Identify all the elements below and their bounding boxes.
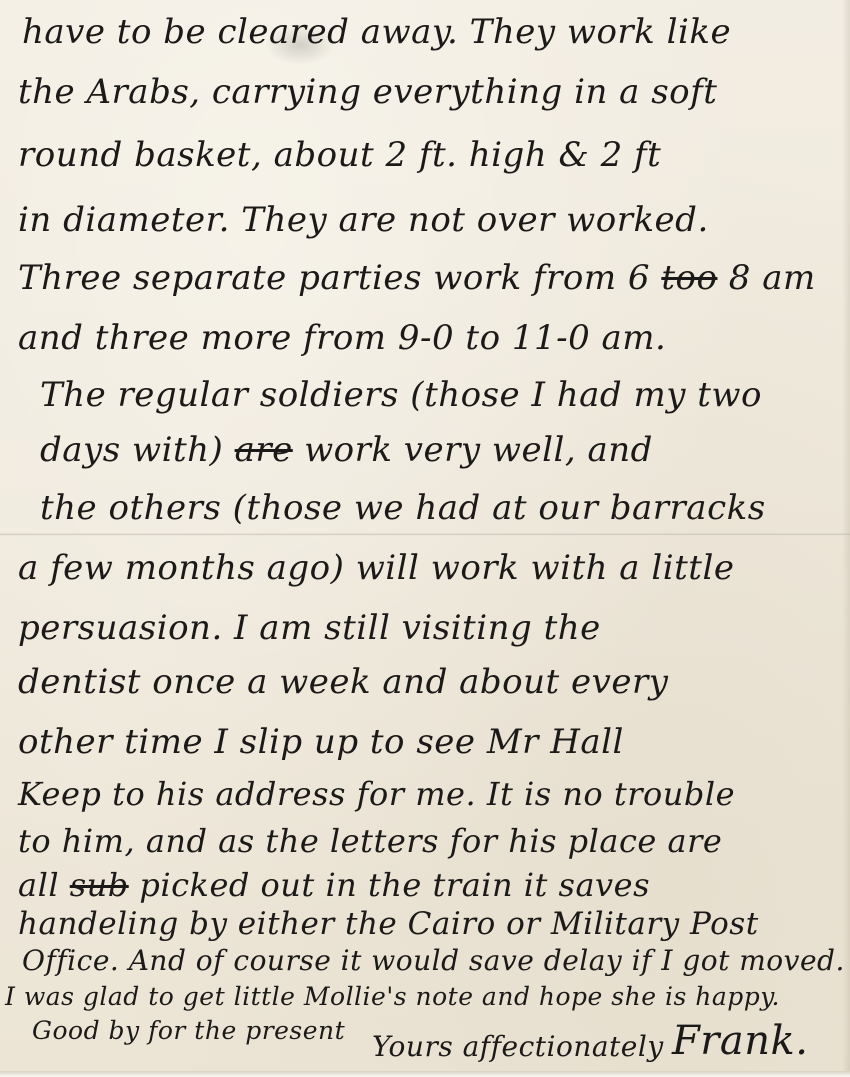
line-16-tail: picked out in the train it saves (129, 866, 650, 904)
struck-word: too (661, 258, 717, 298)
line-16-text: all (18, 866, 70, 904)
letter-line-3: round basket, about 2 ft. high & 2 ft (18, 135, 661, 175)
struck-word: sub (70, 866, 129, 904)
closing: Yours affectionately (372, 1030, 664, 1063)
signature: Frank. (672, 1018, 808, 1064)
struck-word: are (235, 430, 293, 470)
line-5-tail: 8 am (717, 258, 815, 298)
paper-bottom-edge (0, 1071, 850, 1077)
letter-line-9: the others (those we had at our barracks (40, 488, 766, 528)
letter-line-16: all sub picked out in the train it saves (18, 866, 650, 904)
letter-line-7: The regular soldiers (those I had my two (40, 375, 762, 415)
letter-line-17: handeling by either the Cairo or Militar… (18, 906, 759, 942)
letter-page: have to be cleared away. They work like … (0, 0, 850, 1077)
letter-line-19: I was glad to get little Mollie's note a… (5, 982, 780, 1011)
letter-line-13: other time I slip up to see Mr Hall (18, 722, 624, 762)
letter-line-8: days with) are work very well, and (40, 430, 653, 470)
letter-line-15: to him, and as the letters for his place… (18, 822, 722, 860)
letter-line-11: persuasion. I am still visiting the (18, 608, 601, 648)
letter-line-18: Office. And of course it would save dela… (22, 944, 845, 977)
line-8-text: days with) (40, 430, 235, 470)
letter-line-20: Good by for the present (32, 1016, 345, 1045)
letter-line-2: the Arabs, carrying everything in a soft (18, 72, 717, 112)
line-5-text: Three separate parties work from 6 (18, 258, 661, 298)
letter-line-5: Three separate parties work from 6 too 8… (18, 258, 816, 298)
paper-fold (0, 533, 850, 536)
letter-line-1: have to be cleared away. They work like (22, 12, 731, 52)
letter-line-10: a few months ago) will work with a littl… (18, 548, 734, 588)
paper-right-edge (842, 0, 850, 1077)
letter-line-14: Keep to his address for me. It is no tro… (18, 775, 735, 813)
letter-line-6: and three more from 9-0 to 11-0 am. (18, 318, 666, 358)
line-8-tail: work very well, and (293, 430, 653, 470)
letter-line-12: dentist once a week and about every (18, 662, 668, 702)
letter-line-4: in diameter. They are not over worked. (18, 200, 709, 240)
